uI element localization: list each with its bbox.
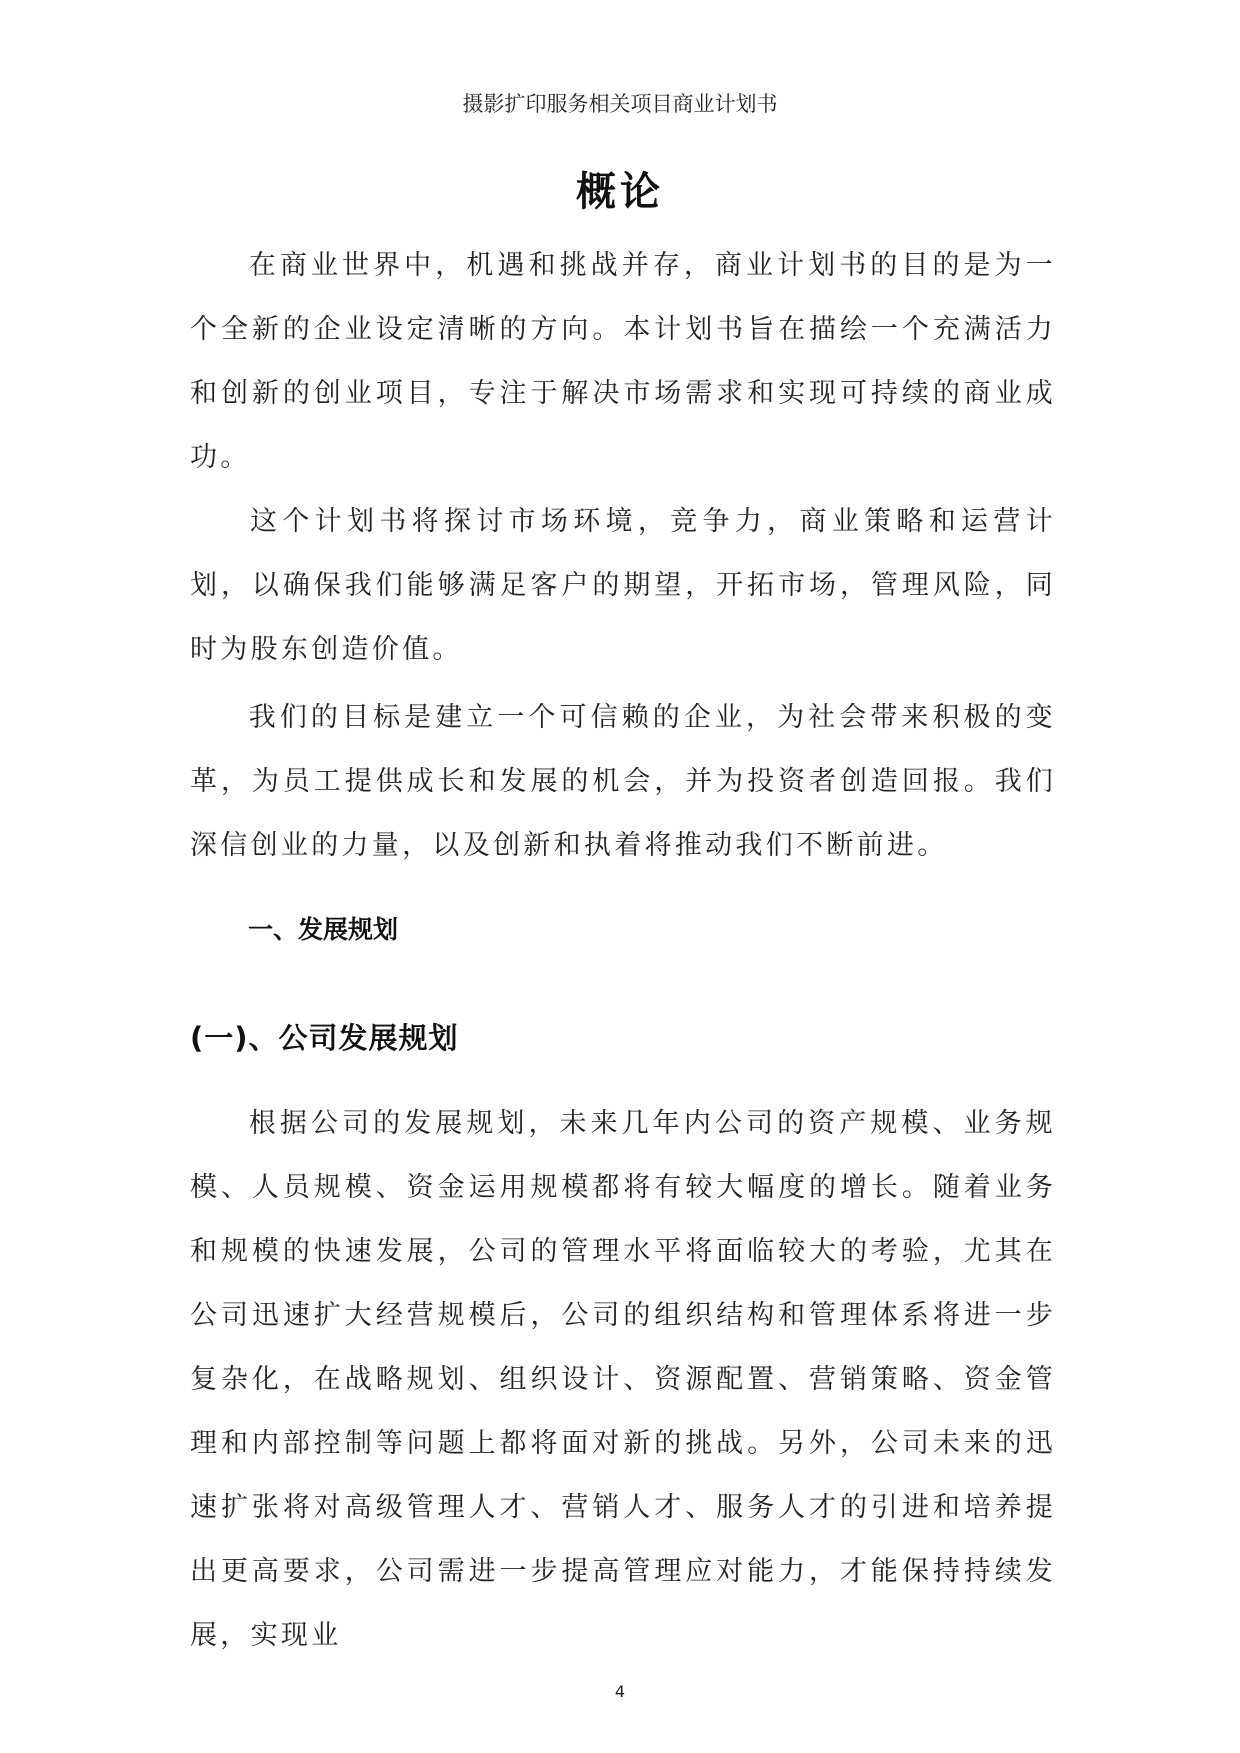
intro-paragraph-2: 这个计划书将探讨市场环境，竞争力，商业策略和运营计划，以确保我们能够满足客户的期… bbox=[190, 490, 1056, 682]
intro-paragraph-1: 在商业世界中，机遇和挑战并存，商业计划书的目的是为一个全新的企业设定清晰的方向。… bbox=[190, 234, 1056, 490]
intro-paragraph-3: 我们的目标是建立一个可信赖的企业，为社会带来积极的变革，为员工提供成长和发展的机… bbox=[190, 686, 1056, 878]
section-heading-development-plan: 一、发展规划 bbox=[248, 910, 398, 946]
subsection-heading-company-plan: (一)、公司发展规划 bbox=[190, 1016, 459, 1057]
page-title: 概论 bbox=[0, 160, 1240, 217]
company-plan-paragraph: 根据公司的发展规划，未来几年内公司的资产规模、业务规模、人员规模、资金运用规模都… bbox=[190, 1092, 1056, 1668]
running-header: 摄影扩印服务相关项目商业计划书 bbox=[0, 88, 1240, 118]
page-number: 4 bbox=[0, 1682, 1240, 1701]
